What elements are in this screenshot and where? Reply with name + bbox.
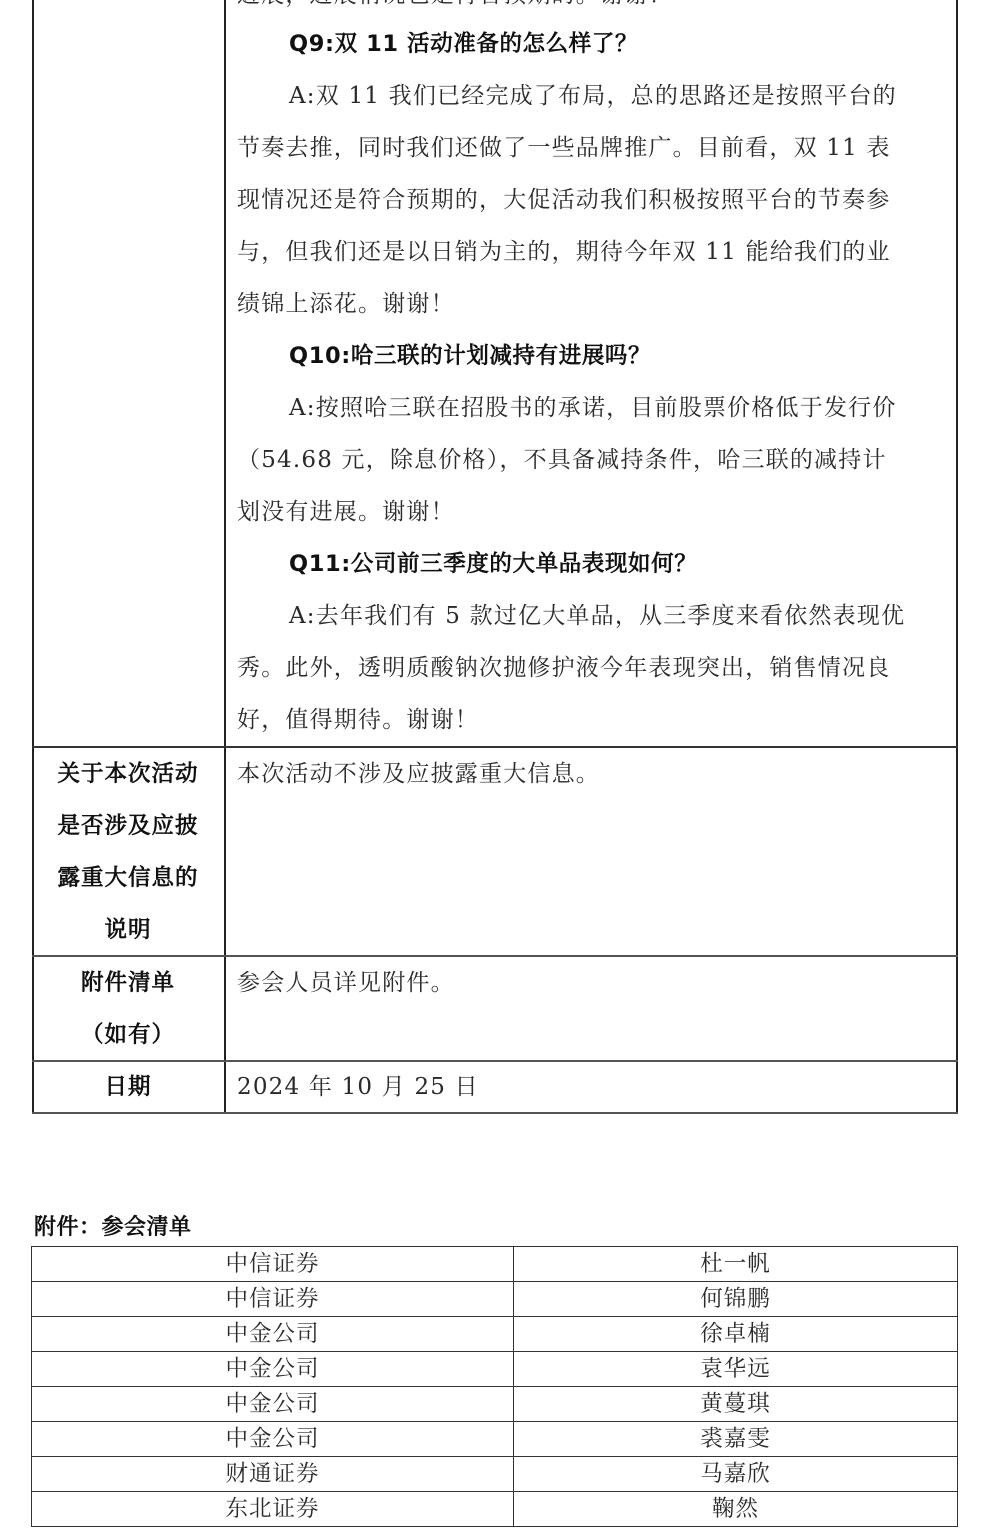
name-cell: 黄蔓琪 [514, 1387, 958, 1422]
table-row: 东北证券 鞠然 [32, 1492, 958, 1527]
answer-line: 划没有进展。谢谢！ [237, 486, 455, 538]
org-cell: 中金公司 [32, 1352, 514, 1387]
name-cell: 徐卓楠 [514, 1317, 958, 1352]
question-q10: Q10:哈三联的计划减持有进展吗？ [289, 330, 651, 382]
disclosure-label-line: 是否涉及应披 [33, 800, 223, 852]
question-q11: Q11:公司前三季度的大单品表现如何？ [289, 538, 697, 590]
name-cell: 袁华远 [514, 1352, 958, 1387]
org-cell: 东北证券 [32, 1492, 514, 1527]
table-row: 中信证券 何锦鹏 [32, 1282, 958, 1317]
table-row: 中金公司 裘嘉雯 [32, 1422, 958, 1457]
date-label: 日期 [33, 1061, 223, 1113]
org-cell: 中金公司 [32, 1422, 514, 1457]
answer-line: 秀。此外，透明质酸钠次抛修护液今年表现突出，销售情况良 [237, 642, 890, 694]
name-cell: 裘嘉雯 [514, 1422, 958, 1457]
org-cell: 中金公司 [32, 1317, 514, 1352]
org-cell: 中信证券 [32, 1247, 514, 1282]
name-cell: 何锦鹏 [514, 1282, 958, 1317]
answer-line: （54.68 元，除息价格），不具备减持条件，哈三联的减持计 [237, 434, 887, 486]
attachment-value: 参会人员详见附件。 [237, 957, 455, 1009]
answer-line: A:双 11 我们已经完成了布局，总的思路还是按照平台的 [289, 70, 897, 122]
name-cell: 鞠然 [514, 1492, 958, 1527]
answer-line: A:去年我们有 5 款过亿大单品，从三季度来看依然表现优 [289, 590, 905, 642]
name-cell: 杜一帆 [514, 1247, 958, 1282]
table-right-border [956, 0, 958, 1113]
org-cell: 财通证券 [32, 1457, 514, 1492]
disclosure-label-line: 露重大信息的 [33, 852, 223, 904]
org-cell: 中金公司 [32, 1387, 514, 1422]
disclosure-value: 本次活动不涉及应披露重大信息。 [237, 748, 600, 800]
answer-line: 现情况还是符合预期的，大促活动我们积极按照平台的节奏参 [237, 174, 890, 226]
org-cell: 中信证券 [32, 1282, 514, 1317]
answer-line: 节奏去推，同时我们还做了一些品牌推广。目前看，双 11 表 [237, 122, 891, 174]
question-q9: Q9:双 11 活动准备的怎么样了？ [289, 18, 638, 70]
answer-line: A:按照哈三联在招股书的承诺，目前股票价格低于发行价 [289, 382, 897, 434]
attachment-label-line: 附件清单 [33, 957, 223, 1009]
attendee-table: 中信证券 杜一帆 中信证券 何锦鹏 中金公司 徐卓楠 中金公司 袁华远 中金公司… [31, 1246, 958, 1527]
attachment-title: 附件：参会清单 [34, 1210, 192, 1246]
disclosure-label-line: 说明 [33, 904, 223, 956]
table-row: 财通证券 马嘉欣 [32, 1457, 958, 1492]
table-column-divider [224, 0, 226, 1113]
name-cell: 马嘉欣 [514, 1457, 958, 1492]
table-row: 中信证券 杜一帆 [32, 1247, 958, 1282]
date-value: 2024 年 10 月 25 日 [237, 1061, 479, 1113]
disclosure-label-line: 关于本次活动 [33, 748, 223, 800]
table-row: 中金公司 袁华远 [32, 1352, 958, 1387]
answer-line: 好，值得期待。谢谢！ [237, 694, 479, 746]
table-row: 中金公司 徐卓楠 [32, 1317, 958, 1352]
answer-line: 与，但我们还是以日销为主的，期待今年双 11 能给我们的业 [237, 226, 891, 278]
answer-line: 绩锦上添花。谢谢！ [237, 278, 455, 330]
attachment-label-line: （如有） [33, 1009, 223, 1061]
table-row: 中金公司 黄蔓琪 [32, 1387, 958, 1422]
